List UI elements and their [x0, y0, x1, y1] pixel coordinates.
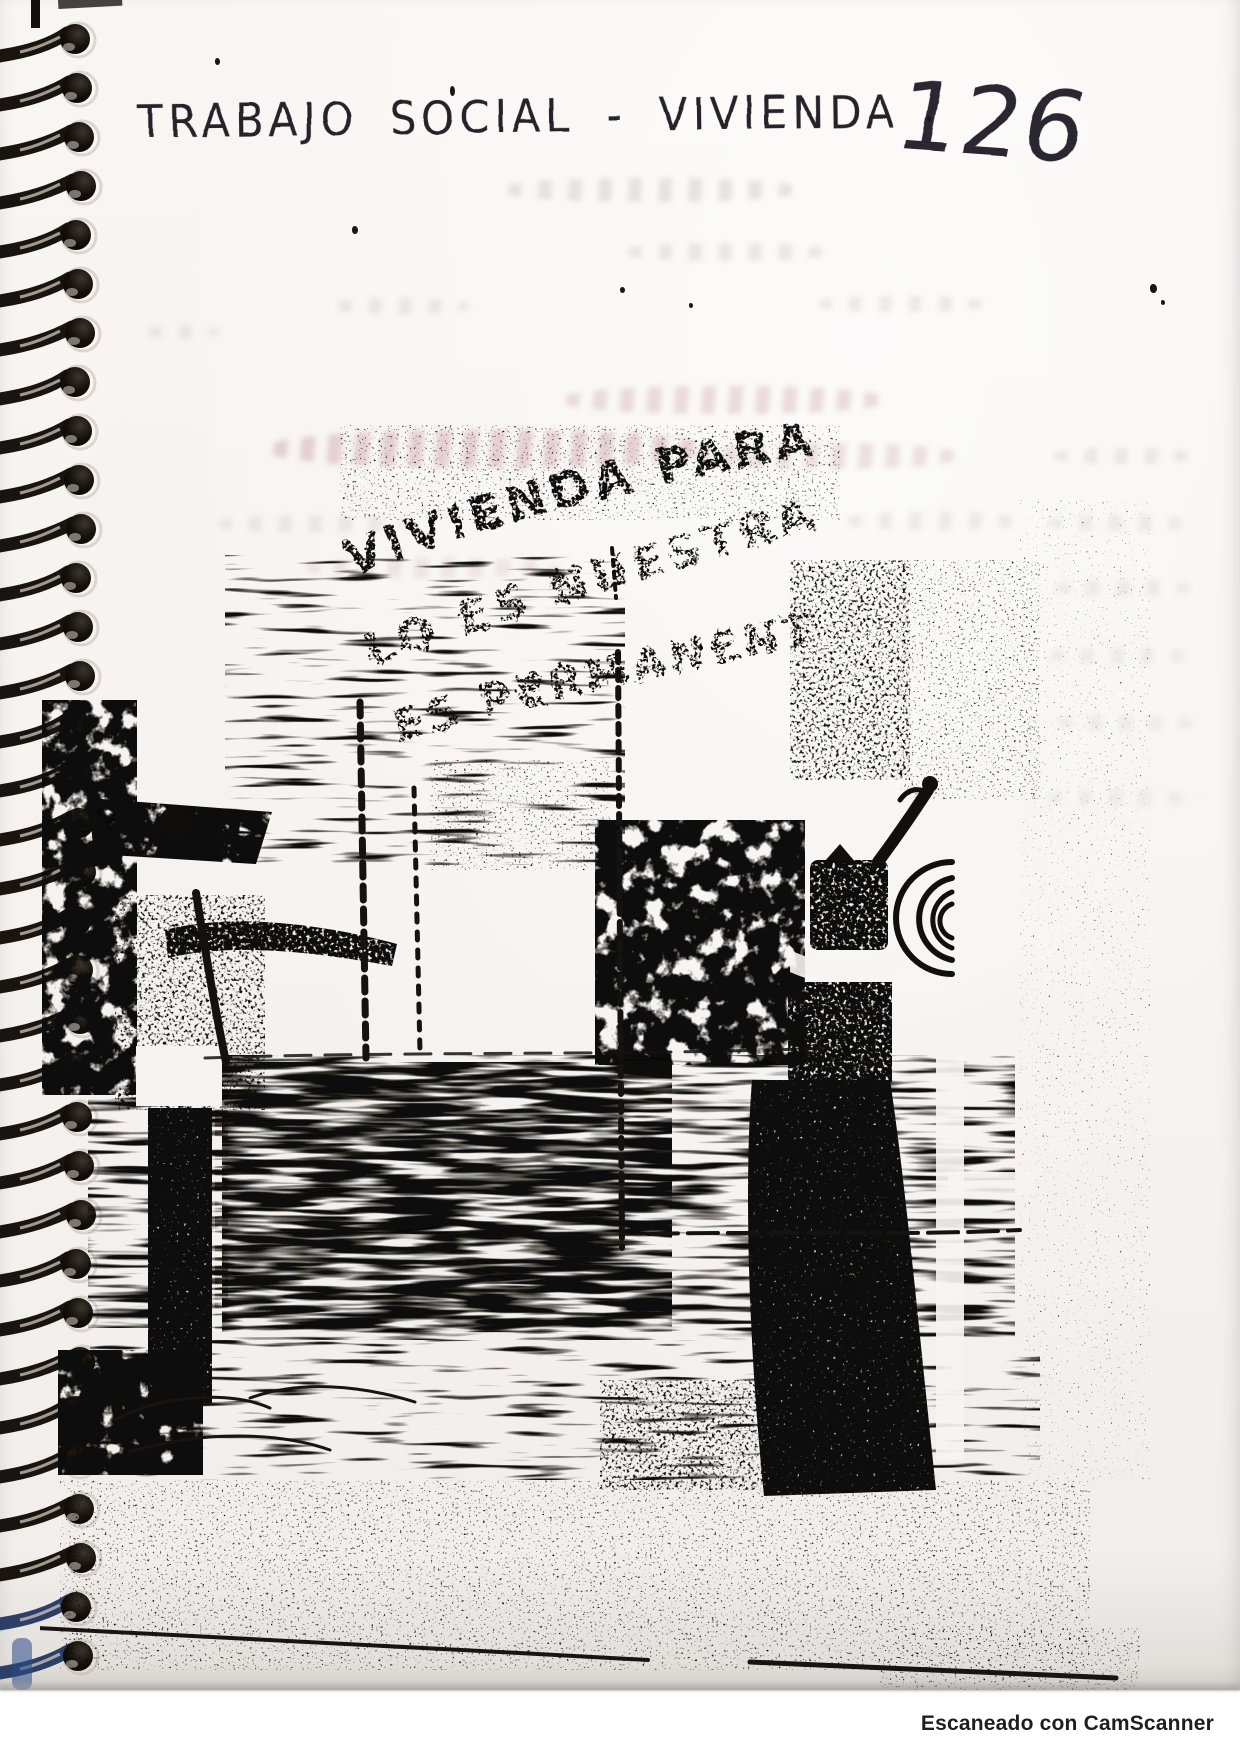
paper-bottom-edge: [0, 1682, 1240, 1691]
ink-speck: [450, 86, 455, 96]
white-block: [136, 1046, 222, 1106]
spiral-coil: [0, 268, 98, 302]
scanned-notebook-page: TRABAJO SOCIAL - VIVIENDA 126: [0, 0, 1240, 1755]
ink-speck: [215, 58, 220, 65]
ink-speck: [620, 287, 625, 293]
left-figure-head: [159, 807, 191, 839]
photocopied-photo: VIVIENDA PARA EL PU LO ES NUESTRA LUCHA …: [40, 420, 1180, 1690]
ink-speck: [927, 116, 931, 121]
ink-speck: [352, 226, 358, 234]
ink-speck: [1161, 300, 1165, 305]
spiral-coil: [0, 366, 95, 400]
coil-wire-top: [31, 0, 40, 28]
ink-speck: [1150, 284, 1157, 293]
handwritten-title: TRABAJO SOCIAL - VIVIENDA: [138, 84, 939, 148]
spiral-coil: [0, 317, 100, 351]
spiral-coil: [0, 170, 101, 204]
camscanner-watermark: Escaneado con CamScanner: [921, 1712, 1214, 1736]
spiral-coil: [0, 23, 95, 57]
spiral-coil: [0, 72, 97, 106]
top-edge-smudge: [58, 0, 122, 9]
handwritten-page-number: 126: [887, 60, 1097, 184]
ink-speck: [689, 303, 693, 308]
dark-post: [148, 1108, 212, 1403]
spiral-coil: [0, 219, 96, 253]
spiral-coil: [0, 121, 99, 155]
